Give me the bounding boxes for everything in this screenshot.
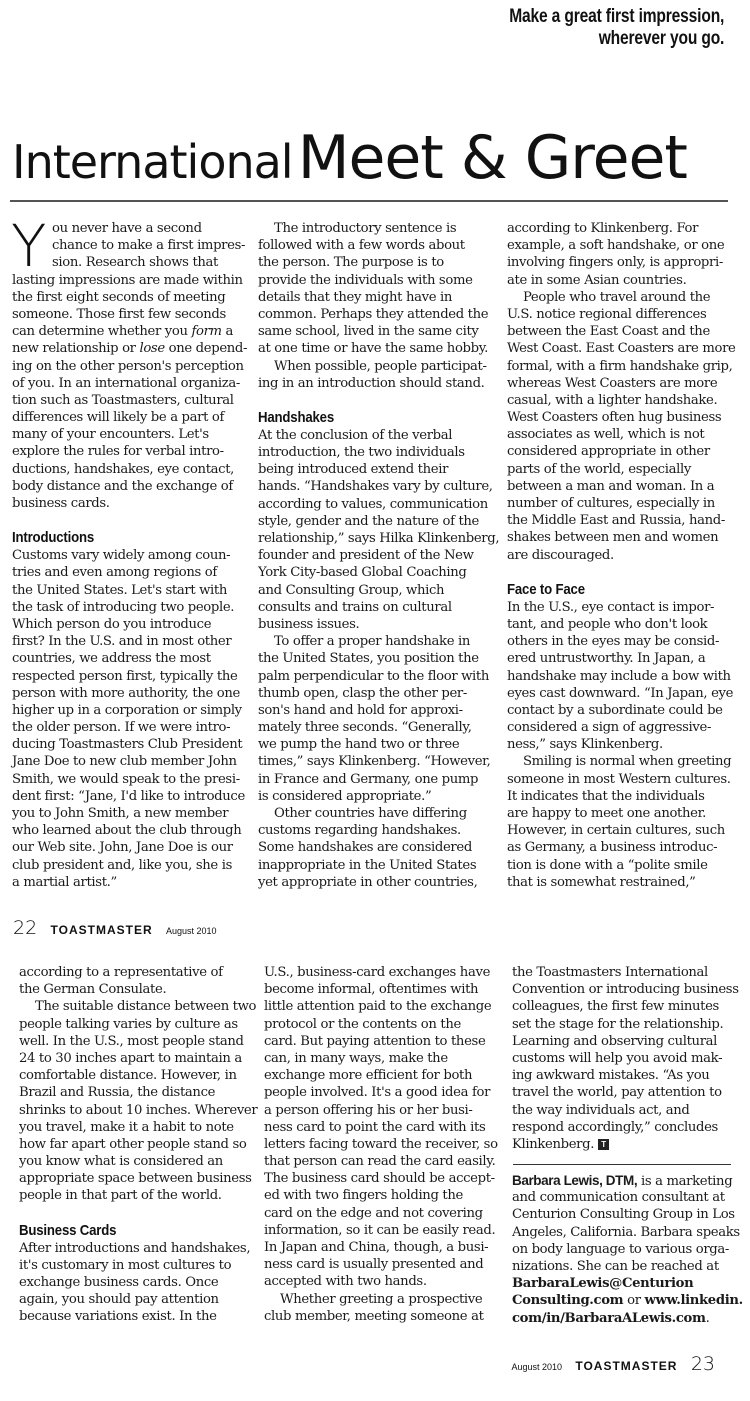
- text-line: To offer a proper handshake in: [258, 633, 493, 650]
- text-line: eyes cast downward. “In Japan, eye: [507, 685, 742, 702]
- page-number: 22: [13, 917, 37, 939]
- text-line: York City-based Global Coaching: [258, 564, 493, 581]
- p23-folio: August 2010 TOASTMASTER 23: [511, 1353, 715, 1375]
- text-line: you know what is considered an: [19, 1153, 254, 1170]
- text-line: the first eight seconds of meeting: [12, 289, 247, 306]
- text-line: can determine whether you form a: [12, 323, 247, 340]
- p22-folio: 22 TOASTMASTER August 2010: [13, 917, 217, 939]
- text-line: shakes between men and women: [507, 529, 742, 546]
- text-line: shrinks to about 10 inches. Wherever: [19, 1102, 254, 1119]
- text-line: being introduced extend their: [258, 461, 493, 478]
- text-line: Convention or introducing business: [512, 981, 747, 998]
- text-line: new relationship or lose one depend-: [12, 340, 247, 357]
- text-line: because variations exist. In the: [19, 1308, 254, 1325]
- text-line: details that they might have in: [258, 289, 493, 306]
- text-line: and communication consultant at: [512, 1189, 747, 1206]
- title-meet-greet: Meet & Greet: [298, 123, 687, 193]
- text-line: Jane Doe to new club member John: [12, 753, 247, 770]
- text-line: little attention paid to the exchange: [264, 998, 499, 1015]
- text-line: between the East Coast and the: [507, 323, 742, 340]
- text-line: person with more authority, the one: [12, 685, 247, 702]
- text-line: the United States. Let's start with: [12, 582, 247, 599]
- text-line: The introductory sentence is: [258, 220, 493, 237]
- bio-line: Consulting.com or www.linkedin.: [512, 1292, 747, 1309]
- text-line: ness card to point the card with its: [264, 1119, 499, 1136]
- text-line: who learned about the club through: [12, 822, 247, 839]
- text-line: someone in most Western cultures.: [507, 771, 742, 788]
- text-line: of you. In an international organiza-: [12, 375, 247, 392]
- text-line: Klinkenberg.T: [512, 1136, 747, 1153]
- text-line: dent first: “Jane, I'd like to introduce: [12, 788, 247, 805]
- text-line: the Toastmasters International: [512, 964, 747, 981]
- text-line: the way individuals act, and: [512, 1102, 747, 1119]
- text-line: colleagues, the first few minutes: [512, 998, 747, 1015]
- magazine-name: TOASTMASTER: [575, 1359, 677, 1373]
- text-line: people in that part of the world.: [19, 1187, 254, 1204]
- text-line: accepted with two hands.: [264, 1273, 499, 1290]
- heading-face-to-face: Face to Face: [507, 581, 714, 599]
- text-line: respond accordingly,” concludes: [512, 1119, 747, 1136]
- text-line: the task of introducing two people.: [12, 599, 247, 616]
- p23-column-2: U.S., business-card exchanges havebecome…: [264, 964, 499, 1325]
- text-line: casual, with a lighter handshake.: [507, 392, 742, 409]
- text-line: according to values, communication: [258, 496, 493, 513]
- text-line: chance to make a first impres-: [12, 237, 247, 254]
- text-line: formal, with a firm handshake grip,: [507, 358, 742, 375]
- text-line: you to John Smith, a new member: [12, 805, 247, 822]
- text-line: Centurion Consulting Group in Los: [512, 1206, 747, 1223]
- text-line: club member, meeting someone at: [264, 1308, 499, 1325]
- text-line: countries, we address the most: [12, 650, 247, 667]
- text-line: ou never have a second: [12, 220, 247, 237]
- text-line: number of cultures, especially in: [507, 495, 742, 512]
- bio-divider: [513, 1164, 731, 1165]
- text-line: son's hand and hold for approxi-: [258, 702, 493, 719]
- text-line: thumb open, clasp the other per-: [258, 685, 493, 702]
- text-line: nizations. She can be reached at: [512, 1258, 747, 1275]
- text-line: ness,” says Klinkenberg.: [507, 736, 742, 753]
- author-name: Barbara Lewis, DTM,: [512, 1173, 637, 1188]
- text-line: explore the rules for verbal intro-: [12, 443, 247, 460]
- text-line: you travel, make it a habit to note: [19, 1119, 254, 1136]
- text-line: differences will likely be a part of: [12, 409, 247, 426]
- text-line: However, in certain cultures, such: [507, 822, 742, 839]
- text-line: example, a soft handshake, or one: [507, 237, 742, 254]
- issue-date: August 2010: [166, 926, 217, 936]
- text-line: handshake may include a bow with: [507, 668, 742, 685]
- text-line: ness card is usually presented and: [264, 1256, 499, 1273]
- text-line: body distance and the exchange of: [12, 478, 247, 495]
- text-line: according to Klinkenberg. For: [507, 220, 742, 237]
- text-line: card on the edge and not covering: [264, 1205, 499, 1222]
- text-line: ing in an introduction should stand.: [258, 375, 493, 392]
- text-line: provide the individuals with some: [258, 272, 493, 289]
- text-line: respected person first, typically the: [12, 668, 247, 685]
- text-line: hands. “Handshakes vary by culture,: [258, 478, 493, 495]
- magazine-name: TOASTMASTER: [51, 923, 153, 937]
- text-line: parts of the world, especially: [507, 461, 742, 478]
- text-line: in France and Germany, one pump: [258, 771, 493, 788]
- text-line: tion is done with a “polite smile: [507, 857, 742, 874]
- text-line: common. Perhaps they attended the: [258, 306, 493, 323]
- text-line: Angeles, California. Barbara speaks: [512, 1224, 747, 1241]
- text-line: and Consulting Group, which: [258, 582, 493, 599]
- text-line: considered appropriate in other: [507, 443, 742, 460]
- text-line: comfortable distance. However, in: [19, 1067, 254, 1084]
- text-line: When possible, people participat-: [258, 358, 493, 375]
- text-line: the person. The purpose is to: [258, 254, 493, 271]
- text-line: Smith, we would speak to the presi-: [12, 771, 247, 788]
- text-line: introduction, the two individuals: [258, 444, 493, 461]
- text-line: ductions, handshakes, eye contact,: [12, 461, 247, 478]
- author-bio: Barbara Lewis, DTM, is a marketing and c…: [512, 1172, 747, 1327]
- text-line: style, gender and the nature of the: [258, 513, 493, 530]
- text-line: mately three seconds. “Generally,: [258, 719, 493, 736]
- text-line: ing on the other person's perception: [12, 358, 247, 375]
- text-line: on body language to various orga-: [512, 1241, 747, 1258]
- text-line: The suitable distance between two: [19, 998, 254, 1015]
- text-line: Whether greeting a prospective: [264, 1291, 499, 1308]
- text-line: Learning and observing cultural: [512, 1033, 747, 1050]
- text-line: customs will help you avoid mak-: [512, 1050, 747, 1067]
- text-line: it's customary in most cultures to: [19, 1257, 254, 1274]
- text-line: U.S. notice regional differences: [507, 306, 742, 323]
- text-line: In Japan and China, though, a busi-: [264, 1239, 499, 1256]
- tagline: Make a great first impression, wherever …: [509, 6, 724, 50]
- text-line: The business card should be accept-: [264, 1170, 499, 1187]
- text-line: that person can read the card easily.: [264, 1153, 499, 1170]
- email-link-cont[interactable]: Consulting.com: [512, 1293, 623, 1308]
- text-line: Some handshakes are considered: [258, 839, 493, 856]
- text-line: Other countries have differing: [258, 805, 493, 822]
- text-line: at one time or have the same hobby.: [258, 340, 493, 357]
- text-line: same school, lived in the same city: [258, 323, 493, 340]
- text-line: many of your encounters. Let's: [12, 426, 247, 443]
- text-line: ing awkward mistakes. “As you: [512, 1067, 747, 1084]
- text-line: ered untrustworthy. In Japan, a: [507, 650, 742, 667]
- p22-column-3: according to Klinkenberg. Forexample, a …: [507, 220, 742, 891]
- text-line: others in the eyes may be consid-: [507, 633, 742, 650]
- text-line: inappropriate in the United States: [258, 857, 493, 874]
- text-line: Customs vary widely among coun-: [12, 547, 247, 564]
- linkedin-link[interactable]: www.linkedin.: [645, 1293, 743, 1308]
- text-line: tant, and people who don't look: [507, 616, 742, 633]
- text-line: card. But paying attention to these: [264, 1033, 499, 1050]
- text-line: associates as well, which is not: [507, 426, 742, 443]
- text-line: higher up in a corporation or simply: [12, 702, 247, 719]
- text-line: business cards.: [12, 495, 247, 512]
- title-divider: [10, 200, 728, 202]
- text-line: are happy to meet one another.: [507, 805, 742, 822]
- tagline-line-1: Make a great first impression,: [509, 6, 724, 28]
- text-line: again, you should pay attention: [19, 1291, 254, 1308]
- text-line: travel the world, pay attention to: [512, 1084, 747, 1101]
- bio-line: Barbara Lewis, DTM, is a marketing: [512, 1172, 747, 1189]
- p22-column-1: Y ou never have a secondchance to make a…: [12, 220, 247, 891]
- text-line: relationship,” says Hilka Klinkenberg,: [258, 530, 493, 547]
- article-title: International Meet & Greet: [12, 128, 687, 188]
- text-line: 24 to 30 inches apart to maintain a: [19, 1050, 254, 1067]
- text-line: exchange more efficient for both: [264, 1067, 499, 1084]
- text-line: At the conclusion of the verbal: [258, 427, 493, 444]
- text-line: become informal, oftentimes with: [264, 981, 499, 998]
- text-line: Smiling is normal when greeting: [507, 753, 742, 770]
- text-line: yet appropriate in other countries,: [258, 874, 493, 891]
- text-line: appropriate space between business: [19, 1170, 254, 1187]
- p23-column-1: according to a representative ofthe Germ…: [19, 964, 254, 1326]
- text-line: someone. Those first few seconds: [12, 306, 247, 323]
- text-line: lasting impressions are made within: [12, 272, 247, 289]
- text-line: letters facing toward the receiver, so: [264, 1136, 499, 1153]
- text-line: exchange business cards. Once: [19, 1274, 254, 1291]
- bio-line: BarbaraLewis@Centurion: [512, 1275, 747, 1292]
- text-line: ducing Toastmasters Club President: [12, 736, 247, 753]
- text-line: considered a sign of aggressive-: [507, 719, 742, 736]
- text-line: between a man and woman. In a: [507, 478, 742, 495]
- text-line: the German Consulate.: [19, 981, 254, 998]
- text-line: people involved. It's a good idea for: [264, 1084, 499, 1101]
- text-line: our Web site. John, Jane Doe is our: [12, 839, 247, 856]
- text-line: a martial artist.”: [12, 874, 247, 891]
- text-line: tion such as Toastmasters, cultural: [12, 392, 247, 409]
- text-line: is considered appropriate.”: [258, 788, 493, 805]
- text-line: Which person do you introduce: [12, 616, 247, 633]
- text-line: times,” says Klinkenberg. “However,: [258, 753, 493, 770]
- end-mark-icon: T: [598, 1139, 609, 1150]
- text-line: a person offering his or her busi-: [264, 1102, 499, 1119]
- text-line: set the stage for the relationship.: [512, 1016, 747, 1033]
- text-line: well. In the U.S., most people stand: [19, 1033, 254, 1050]
- text-line: tries and even among regions of: [12, 564, 247, 581]
- text-line: Brazil and Russia, the distance: [19, 1084, 254, 1101]
- title-international: International: [12, 135, 293, 189]
- text-line: U.S., business-card exchanges have: [264, 964, 499, 981]
- linkedin-link-cont[interactable]: com/in/BarbaraALewis.com: [512, 1311, 706, 1326]
- text-line: involving fingers only, is appropri-: [507, 254, 742, 271]
- heading-handshakes: Handshakes: [258, 409, 465, 427]
- text-line: first? In the U.S. and in most other: [12, 633, 247, 650]
- heading-business-cards: Business Cards: [19, 1222, 226, 1240]
- intro-paragraph: Y ou never have a secondchance to make a…: [12, 220, 247, 512]
- text-line: information, so it can be easily read.: [264, 1222, 499, 1239]
- text-line: palm perpendicular to the floor with: [258, 668, 493, 685]
- text-line: After introductions and handshakes,: [19, 1240, 254, 1257]
- p22-column-2: The introductory sentence isfollowed wit…: [258, 220, 493, 891]
- text-line: the Middle East and Russia, hand-: [507, 512, 742, 529]
- text-line: the older person. If we were intro-: [12, 719, 247, 736]
- drop-cap: Y: [11, 220, 46, 272]
- p23-column-3: the Toastmasters InternationalConvention…: [512, 964, 747, 1153]
- text-line: club president and, like you, she is: [12, 857, 247, 874]
- text-line: consults and trains on cultural: [258, 599, 493, 616]
- text-line: West Coast. East Coasters are more: [507, 340, 742, 357]
- text-line: are discouraged.: [507, 547, 742, 564]
- heading-introductions: Introductions: [12, 529, 219, 547]
- text-line: ate in some Asian countries.: [507, 272, 742, 289]
- text-line: business issues.: [258, 616, 493, 633]
- tagline-line-2: wherever you go.: [509, 28, 724, 50]
- page-number: 23: [691, 1353, 715, 1375]
- text-line: protocol or the contents on the: [264, 1016, 499, 1033]
- text-line: In the U.S., eye contact is impor-: [507, 599, 742, 616]
- text-line: can, in many ways, make the: [264, 1050, 499, 1067]
- text-line: whereas West Coasters are more: [507, 375, 742, 392]
- text-line: the United States, you position the: [258, 650, 493, 667]
- text-line: as Germany, a business introduc-: [507, 839, 742, 856]
- text-line: how far apart other people stand so: [19, 1136, 254, 1153]
- bio-line: com/in/BarbaraALewis.com.: [512, 1310, 747, 1327]
- text-line: It indicates that the individuals: [507, 788, 742, 805]
- text-line: ed with two fingers holding the: [264, 1187, 499, 1204]
- text-line: people talking varies by culture as: [19, 1016, 254, 1033]
- text-line: according to a representative of: [19, 964, 254, 981]
- text-line: contact by a subordinate could be: [507, 702, 742, 719]
- text-line: West Coasters often hug business: [507, 409, 742, 426]
- text-line: customs regarding handshakes.: [258, 822, 493, 839]
- text-line: founder and president of the New: [258, 547, 493, 564]
- text-line: we pump the hand two or three: [258, 736, 493, 753]
- email-link[interactable]: BarbaraLewis@Centurion: [512, 1276, 693, 1291]
- text-line: followed with a few words about: [258, 237, 493, 254]
- text-line: that is somewhat restrained,”: [507, 874, 742, 891]
- text-line: People who travel around the: [507, 289, 742, 306]
- text-line: sion. Research shows that: [12, 254, 247, 271]
- issue-date: August 2010: [511, 1362, 562, 1372]
